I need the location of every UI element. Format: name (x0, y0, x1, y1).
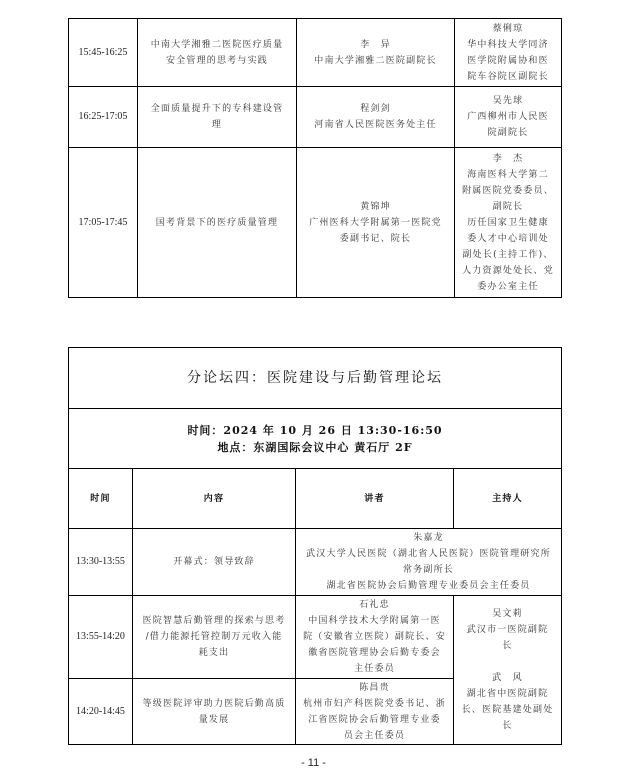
host-title: 医学院附属协和医 (459, 53, 557, 69)
time-cell: 16:25-17:05 (69, 87, 138, 148)
forum-title: 分论坛四：医院建设与后勤管理论坛 (69, 348, 562, 409)
content-line: 医院智慧后勤管理的探索与思考 (137, 613, 291, 629)
host-title: 历任国家卫生健康 (459, 215, 557, 231)
content-line: 中南大学湘雅二医院医疗质量 (142, 37, 292, 53)
speaker-title: 主任委员 (300, 661, 449, 677)
host-title: 长、医院基建处副处 (458, 702, 557, 718)
content-cell: 开幕式：领导致辞 (133, 529, 296, 596)
host-cell-merged: 吴文莉武汉市一医院副院长武 风湖北省中医院副院长、医院基建处副处长 (454, 596, 562, 745)
content-cell: 等级医院评审助力医院后勤高质量发展 (133, 679, 296, 745)
speaker-cell: 程剑剑河南省人民医院医务处主任 (297, 87, 455, 148)
speaker-cell: 陈昌贵杭州市妇产科医院党委书记、浙江省医院协会后勤管理专业委员会主任委员 (296, 679, 454, 745)
content-cell: 医院智慧后勤管理的探索与思考/借力能源托管控制万元收入能耗支出 (133, 596, 296, 679)
table-row: 15:45-16:25 中南大学湘雅二医院医疗质量安全管理的思考与实践 李 异中… (69, 19, 562, 87)
content-cell: 国考背景下的医疗质量管理 (138, 148, 297, 298)
speaker-title: 河南省人民医院医务处主任 (301, 117, 450, 133)
speaker-title: 江省医院协会后勤管理专业委 (300, 712, 449, 728)
host-name: 吴文莉 (458, 606, 557, 622)
host-title: 院副院长 (459, 125, 557, 141)
host-title: 副院长 (459, 199, 557, 215)
forum-info-row: 时间：2024 年 10 月 26 日 13:30-16:50地点：东湖国际会议… (69, 409, 562, 469)
speaker-title: 院（安徽省立医院）副院长、安 (300, 629, 449, 645)
content-line: /借力能源托管控制万元收入能 (137, 629, 291, 645)
content-line: 安全管理的思考与实践 (142, 53, 292, 69)
speaker-title: 委副书记、院长 (301, 231, 450, 247)
speaker-title: 湖北省医院协会后勤管理专业委员会主任委员 (300, 578, 557, 594)
time-cell: 14:20-14:45 (69, 679, 133, 745)
speaker-cell: 李 异中南大学湘雅二医院副院长 (297, 19, 455, 87)
forum-info: 时间：2024 年 10 月 26 日 13:30-16:50地点：东湖国际会议… (69, 409, 562, 469)
forum-four-table: 分论坛四：医院建设与后勤管理论坛 时间：2024 年 10 月 26 日 13:… (68, 347, 562, 745)
content-line: 等级医院评审助力医院后勤高质 (137, 696, 291, 712)
host-title: 委办公室主任 (459, 279, 557, 295)
host-cell: 蔡俐琼华中科技大学同济医学院附属协和医院车谷院区副院长 (455, 19, 562, 87)
host-title: 长 (458, 638, 557, 654)
host-title: 委人才中心培训处 (459, 231, 557, 247)
time-cell: 13:30-13:55 (69, 529, 133, 596)
table-row: 16:25-17:05 全面质量提升下的专科建设管理 程剑剑河南省人民医院医务处… (69, 87, 562, 148)
speaker-title: 徽省医院管理协会后勤专委会 (300, 645, 449, 661)
forum-time: 时间：2024 年 10 月 26 日 13:30-16:50 (73, 422, 557, 439)
content-line: 国考背景下的医疗质量管理 (142, 215, 292, 231)
host-title: 长 (458, 718, 557, 734)
host-name: 蔡俐琼 (459, 21, 557, 37)
content-line: 量发展 (137, 712, 291, 728)
host-title: 副处长(主持工作)、 (459, 247, 557, 263)
content-cell: 全面质量提升下的专科建设管理 (138, 87, 297, 148)
host-title: 湖北省中医院副院 (458, 686, 557, 702)
content-line: 开幕式：领导致辞 (137, 554, 291, 570)
page-number: - 11 - (0, 757, 627, 769)
spacer (458, 654, 557, 670)
header-host: 主持人 (454, 469, 562, 529)
speaker-name: 黄锦坤 (301, 199, 450, 215)
speaker-cell: 石礼忠中国科学技术大学附属第一医院（安徽省立医院）副院长、安徽省医院管理协会后勤… (296, 596, 454, 679)
header-row: 时间 内容 讲者 主持人 (69, 469, 562, 529)
host-name: 武 风 (458, 670, 557, 686)
host-title: 海南医科大学第二 (459, 167, 557, 183)
content-line: 全面质量提升下的专科建设管 (142, 101, 292, 117)
content-line: 理 (142, 117, 292, 133)
host-title: 华中科技大学同济 (459, 37, 557, 53)
schedule-table-continued: 15:45-16:25 中南大学湘雅二医院医疗质量安全管理的思考与实践 李 异中… (68, 18, 562, 298)
speaker-name: 程剑剑 (301, 101, 450, 117)
speaker-title: 常务副所长 (300, 562, 557, 578)
host-title: 广西柳州市人民医 (459, 109, 557, 125)
speaker-name: 陈昌贵 (300, 680, 449, 696)
host-title: 人力资源处处长、党 (459, 263, 557, 279)
time-cell: 15:45-16:25 (69, 19, 138, 87)
host-cell: 吴先球广西柳州市人民医院副院长 (455, 87, 562, 148)
speaker-name: 石礼忠 (300, 597, 449, 613)
speaker-cell: 朱嘉龙武汉大学人民医院（湖北省人民医院）医院管理研究所常务副所长湖北省医院协会后… (296, 529, 562, 596)
host-name: 李 杰 (459, 151, 557, 167)
speaker-name: 朱嘉龙 (300, 530, 557, 546)
header-speaker: 讲者 (296, 469, 454, 529)
host-title: 院车谷院区副院长 (459, 69, 557, 85)
speaker-title: 中国科学技术大学附属第一医 (300, 613, 449, 629)
time-cell: 17:05-17:45 (69, 148, 138, 298)
forum-location: 地点：东湖国际会议中心 黄石厅 2F (73, 439, 557, 456)
host-name: 吴先球 (459, 93, 557, 109)
header-time: 时间 (69, 469, 133, 529)
host-title: 武汉市一医院副院 (458, 622, 557, 638)
header-content: 内容 (133, 469, 296, 529)
content-cell: 中南大学湘雅二医院医疗质量安全管理的思考与实践 (138, 19, 297, 87)
forum-title-row: 分论坛四：医院建设与后勤管理论坛 (69, 348, 562, 409)
table-row: 13:55-14:20 医院智慧后勤管理的探索与思考/借力能源托管控制万元收入能… (69, 596, 562, 679)
host-title: 附属医院党委委员、 (459, 183, 557, 199)
content-line: 耗支出 (137, 645, 291, 661)
speaker-title: 中南大学湘雅二医院副院长 (301, 53, 450, 69)
speaker-title: 广州医科大学附属第一医院党 (301, 215, 450, 231)
speaker-title: 武汉大学人民医院（湖北省人民医院）医院管理研究所 (300, 546, 557, 562)
speaker-title: 杭州市妇产科医院党委书记、浙 (300, 696, 449, 712)
speaker-title: 员会主任委员 (300, 728, 449, 744)
speaker-name: 李 异 (301, 37, 450, 53)
speaker-cell: 黄锦坤广州医科大学附属第一医院党委副书记、院长 (297, 148, 455, 298)
table-row: 17:05-17:45 国考背景下的医疗质量管理 黄锦坤广州医科大学附属第一医院… (69, 148, 562, 298)
host-cell: 李 杰海南医科大学第二附属医院党委委员、副院长历任国家卫生健康委人才中心培训处副… (455, 148, 562, 298)
time-cell: 13:55-14:20 (69, 596, 133, 679)
table-row: 13:30-13:55 开幕式：领导致辞 朱嘉龙武汉大学人民医院（湖北省人民医院… (69, 529, 562, 596)
